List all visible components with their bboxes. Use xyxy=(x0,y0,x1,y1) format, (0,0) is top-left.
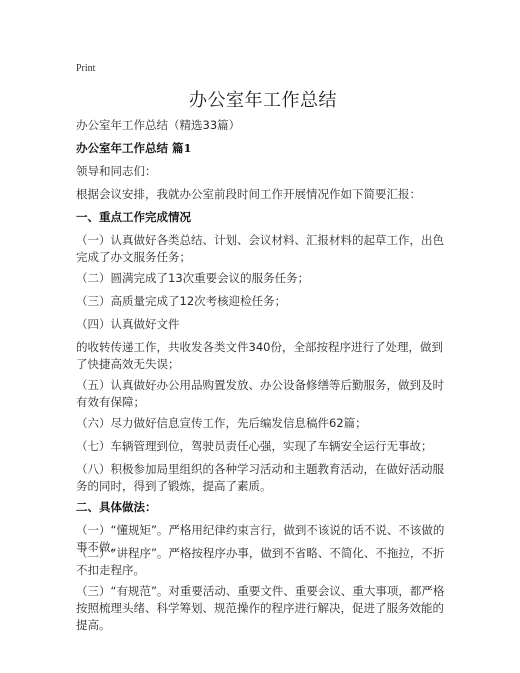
part1-item-4: （四）认真做好文件 xyxy=(76,316,450,333)
part1-item-2: （二）圆满完成了13次重要会议的服务任务； xyxy=(76,270,450,287)
part2-item-3: （三）“有规范”。对重要活动、重要文件、重要会议、重大事项，都严格按照梳理头绪、… xyxy=(76,583,450,634)
part1-item-8: （八）积极参加局里组织的各种学习活动和主题教育活动，在做好活动服务的同时，得到了… xyxy=(76,461,450,495)
intro-paragraph: 根据会议安排，我就办公室前段时间工作开展情况作如下简要汇报： xyxy=(76,186,450,203)
section-heading: 办公室年工作总结 篇1 xyxy=(76,140,450,157)
part1-item-1: （一）认真做好各类总结、计划、会议材料、汇报材料的起草工作，出色完成了办文服务任… xyxy=(76,232,450,266)
print-link[interactable]: Print xyxy=(76,63,95,74)
part1-item-3: （三）高质量完成了12次考核迎检任务； xyxy=(76,293,450,310)
part1-item-6: （六）尽力做好信息宣传工作，先后编发信息稿件62篇； xyxy=(76,415,450,432)
part2-heading: 二、具体做法： xyxy=(76,499,450,516)
part1-heading: 一、重点工作完成情况 xyxy=(76,209,450,226)
salutation: 领导和同志们： xyxy=(76,163,450,180)
part1-item-7: （七）车辆管理到位，驾驶员责任心强，实现了车辆安全运行无事故； xyxy=(76,438,450,455)
part1-item-4-continued: 的收转传递工作，共收发各类文件340份，全部按程序进行了处理，做到了快捷高效无失… xyxy=(76,339,450,373)
part2-item-2: （二）“讲程序”。严格按程序办事，做到不省略、不简化、不拖拉，不折不扣走程序。 xyxy=(76,545,450,579)
part1-item-5: （五）认真做好办公用品购置发放、办公设备修缮等后勤服务，做到及时有效有保障； xyxy=(76,377,450,411)
document-title: 办公室年工作总结 xyxy=(76,86,450,112)
document-subtitle: 办公室年工作总结（精选33篇） xyxy=(76,117,450,134)
